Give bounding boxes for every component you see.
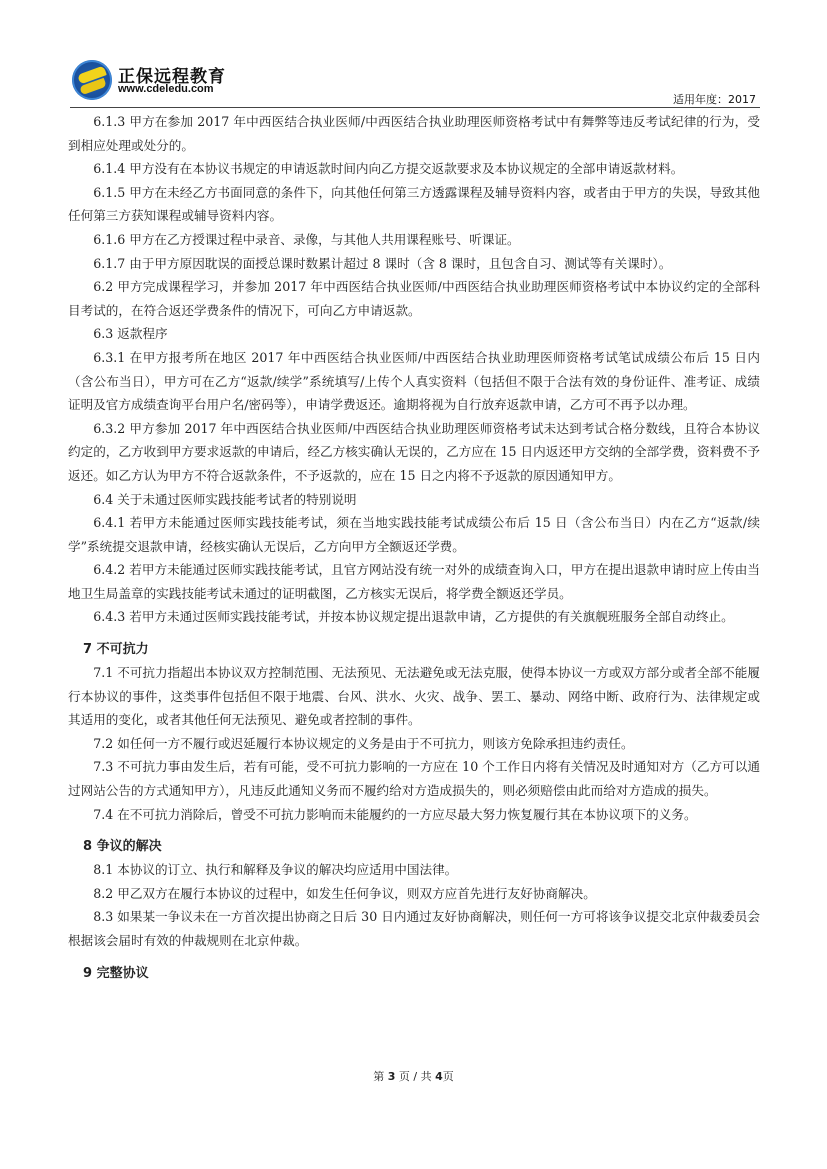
page-header: 正保远程教育 www.cdeledu.com 适用年度：2017 — [70, 58, 760, 106]
page-footer: 第 3 页 / 共 4页 — [0, 1068, 827, 1084]
paragraph: 7.4 在不可抗力消除后，曾受不可抗力影响而未能履约的一方应尽最大努力恢复履行其… — [68, 803, 760, 827]
current-page-number: 3 — [388, 1070, 396, 1083]
paragraph: 6.3.1 在甲方报考所在地区 2017 年中西医结合执业医师/中西医结合执业助… — [68, 346, 760, 417]
footer-suffix: 页 — [443, 1070, 454, 1083]
paragraph: 6.4 关于未通过医师实践技能考试者的特别说明 — [68, 488, 760, 512]
footer-mid: 页 / 共 — [399, 1070, 432, 1083]
paragraph: 6.4.1 若甲方未能通过医师实践技能考试，须在当地实践技能考试成绩公布后 15… — [68, 511, 760, 558]
paragraph: 6.1.6 甲方在乙方授课过程中录音、录像，与其他人共用课程账号、听课证。 — [68, 228, 760, 252]
paragraph: 6.1.4 甲方没有在本协议书规定的申请返款时间内向乙方提交返款要求及本协议规定… — [68, 157, 760, 181]
section-heading-entire-agreement: 9 完整协议 — [68, 963, 760, 985]
total-pages-number: 4 — [435, 1070, 443, 1083]
paragraph: 6.1.7 由于甲方原因耽误的面授总课时数累计超过 8 课时（含 8 课时，且包… — [68, 252, 760, 276]
section-heading-force-majeure: 7 不可抗力 — [68, 639, 760, 661]
paragraph: 6.4.3 若甲方未通过医师实践技能考试，并按本协议规定提出退款申请，乙方提供的… — [68, 605, 760, 629]
section-heading-dispute-resolution: 8 争议的解决 — [68, 836, 760, 858]
paragraph: 8.3 如果某一争议未在一方首次提出协商之日后 30 日内通过友好协商解决，则任… — [68, 905, 760, 952]
paragraph: 7.1 不可抗力指超出本协议双方控制范围、无法预见、无法避免或无法克服，使得本协… — [68, 661, 760, 732]
footer-prefix: 第 — [373, 1070, 384, 1083]
applicable-year: 适用年度：2017 — [673, 91, 756, 107]
brand-url: www.cdeledu.com — [118, 83, 214, 95]
paragraph: 6.2 甲方完成课程学习，并参加 2017 年中西医结合执业医师/中西医结合执业… — [68, 275, 760, 322]
paragraph: 8.1 本协议的订立、执行和解释及争议的解决均应适用中国法律。 — [68, 858, 760, 882]
paragraph: 6.3 返款程序 — [68, 322, 760, 346]
paragraph: 8.2 甲乙双方在履行本协议的过程中，如发生任何争议，则双方应首先进行友好协商解… — [68, 882, 760, 906]
paragraph: 7.2 如任何一方不履行或迟延履行本协议规定的义务是由于不可抗力，则该方免除承担… — [68, 732, 760, 756]
header-divider — [70, 107, 760, 108]
document-body: 6.1.3 甲方在参加 2017 年中西医结合执业医师/中西医结合执业助理医师资… — [68, 110, 760, 985]
paragraph: 6.4.2 若甲方未能通过医师实践技能考试，且官方网站没有统一对外的成绩查询入口… — [68, 558, 760, 605]
brand-logo-icon — [72, 60, 112, 100]
paragraph: 7.3 不可抗力事由发生后，若有可能，受不可抗力影响的一方应在 10 个工作日内… — [68, 755, 760, 802]
paragraph: 6.1.3 甲方在参加 2017 年中西医结合执业医师/中西医结合执业助理医师资… — [68, 110, 760, 157]
paragraph: 6.3.2 甲方参加 2017 年中西医结合执业医师/中西医结合执业助理医师资格… — [68, 417, 760, 488]
paragraph: 6.1.5 甲方在未经乙方书面同意的条件下，向其他任何第三方透露课程及辅导资料内… — [68, 181, 760, 228]
